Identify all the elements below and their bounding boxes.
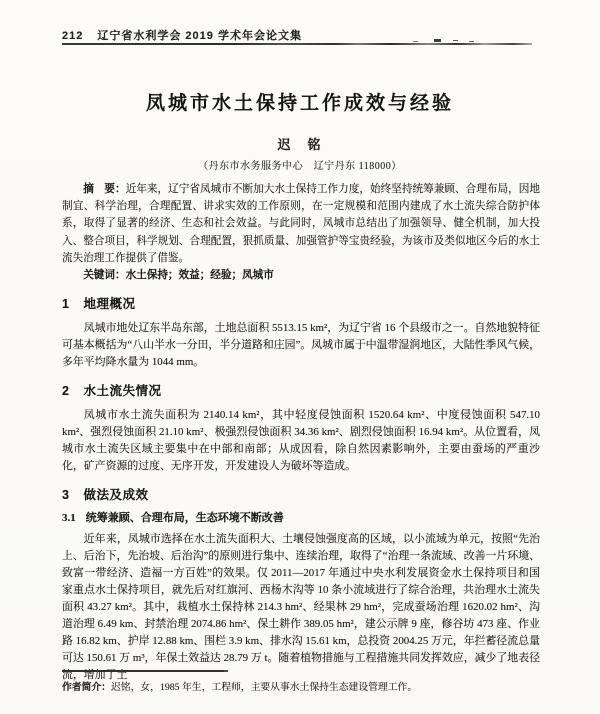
section-2-heading: 2水土流失情况 [62,383,540,399]
section-2-paragraph: 凤城市水土流失面积为 2140.14 km²，其中轻度侵蚀面积 1520.64 … [62,407,540,475]
scanned-paper-page: 212 辽宁省水利学会 2019 学术年会论文集 凤城市水土保持工作成效与经验 … [0,0,600,714]
section-3-1-number: 3.1 [62,512,76,524]
keywords-text: 水土保持；效益；经验；凤城市 [126,269,274,281]
author-name: 迟 铭 [0,134,600,153]
abstract-text: 近年来，辽宁省凤城市不断加大水土保持工作力度，始终坚持统筹兼顾、合理布局，因地制… [62,184,540,264]
section-3-title: 做法及成效 [83,488,148,502]
page-number: 212 [62,30,83,42]
section-1-number: 1 [62,297,69,311]
footnote-text: 迟铭，女，1985 年生，工程师，主要从事水土保持生态建设管理工作。 [111,682,417,693]
proceedings-title: 辽宁省水利学会 2019 学术年会论文集 [97,27,302,43]
section-2-number: 2 [62,384,69,398]
section-1-title: 地理概况 [83,297,135,311]
section-1-paragraph: 凤城市地处辽东半岛东部，土地总面积 5513.15 km²，为辽宁省 16 个县… [62,320,540,371]
footnote-divider [62,670,224,672]
section-3-1-title: 统筹兼顾、合理布局，生态环境不断改善 [86,512,284,524]
author-bio-footnote: 作者简介：迟铭，女，1985 年生，工程师，主要从事水土保持生态建设管理工作。 [62,681,540,695]
section-3-number: 3 [62,488,69,502]
section-1-heading: 1地理概况 [62,296,540,312]
author-affiliation: （丹东市水务服务中心 辽宁丹东 118000） [0,157,600,172]
footnote-label: 作者简介： [62,682,111,693]
section-3-paragraph: 近年来，凤城市选择在水土流失面积大、土壤侵蚀强度高的区域，以小流域为单元，按照“… [62,531,540,684]
abstract-label: 摘 要： [83,183,126,195]
abstract-paragraph: 摘 要：近年来，辽宁省凤城市不断加大水土保持工作力度，始终坚持统筹兼顾、合理布局… [62,181,540,267]
header-rule [62,43,532,45]
section-2-title: 水土流失情况 [83,384,161,398]
keywords-label: 关键词： [83,269,125,281]
article-title: 凤城市水土保持工作成效与经验 [0,88,600,115]
section-3-heading: 3做法及成效 [62,487,540,503]
section-3-1-heading: 3.1统筹兼顾、合理布局，生态环境不断改善 [62,511,540,526]
article-body-column: 摘 要：近年来，辽宁省凤城市不断加大水土保持工作力度，始终坚持统筹兼顾、合理布局… [62,181,540,684]
running-head: 212 辽宁省水利学会 2019 学术年会论文集 [62,27,540,43]
keywords-line: 关键词：水土保持；效益；经验；凤城市 [62,267,540,284]
